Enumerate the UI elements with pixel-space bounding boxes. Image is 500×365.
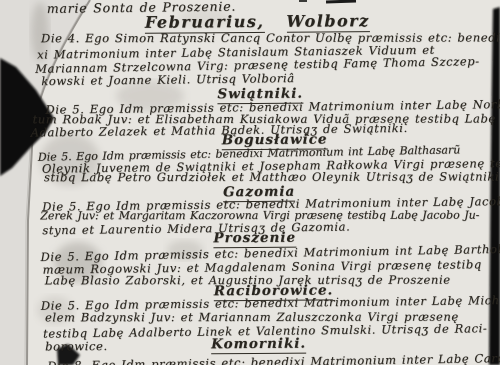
parish-name: Wolborz bbox=[286, 11, 369, 33]
manuscript-register-page: marie Sonta de Proszenie. Februarius,Wol… bbox=[0, 0, 500, 365]
record-line-continuation: borowice. bbox=[45, 339, 108, 353]
handwritten-text-layer: marie Sonta de Proszenie. Februarius,Wol… bbox=[0, 0, 500, 365]
record-line: stibq Labę Petro Gurdziołek et Matthæo O… bbox=[44, 169, 500, 184]
section-heading-komorniki: Komorniki. bbox=[211, 336, 306, 355]
record-line: styna et Laurentio Midera Utrisqʒ de Gaz… bbox=[42, 219, 350, 237]
